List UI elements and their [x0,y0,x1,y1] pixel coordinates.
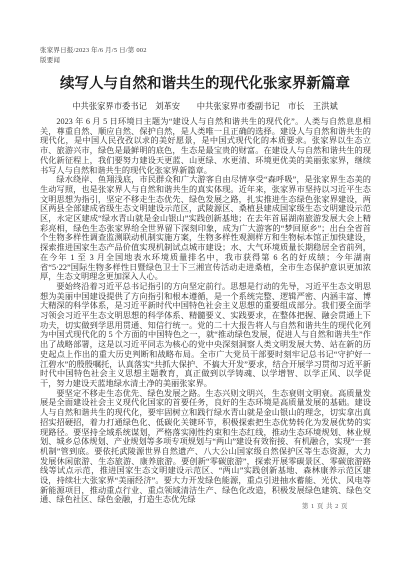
article-paragraph-3: 要始终沿着习近平总书记指引的方向坚定前行。思想是行动的先导，习近平生态文明思想为… [40,282,371,389]
article-paragraph-1: 2023 年 6 月 5 日环境日主题为“建设人与自然和谐共生的现代化”。人类与… [40,117,371,175]
masthead-source-date: 张家界日报/2023 年/6 月/5 日/第 002 [40,46,370,56]
article-byline: 中共张家界市委书记 刘革安 中共张家界市委副书记 市长 王洪斌 [20,101,390,112]
masthead: 张家界日报/2023 年/6 月/5 日/第 002 版要闻 [40,46,370,66]
masthead-section: 版要闻 [40,56,370,66]
article-paragraph-4: 要坚定不移走生态优先、绿色发展之路。生态兴则文明兴，生态衰则文明衰。高质量发展是… [40,389,371,505]
page-number-indicator: 第 1 页 共 2 页 [302,501,348,510]
newspaper-document-page: 张家界日报/2023 年/6 月/5 日/第 002 版要闻 续写人与自然和谐共… [0,0,410,580]
article-body: 2023 年 6 月 5 日环境日主题为“建设人与自然和谐共生的现代化”。人类与… [40,117,371,505]
article-paragraph-2: 绿水绕岸、鱼翔浅底，市民群众和广大游客自由尽情享受“森呼吸”，是张家界生态美的生… [40,175,371,282]
article-title: 续写人与自然和谐共生的现代化张家界新篇章 [20,76,390,93]
